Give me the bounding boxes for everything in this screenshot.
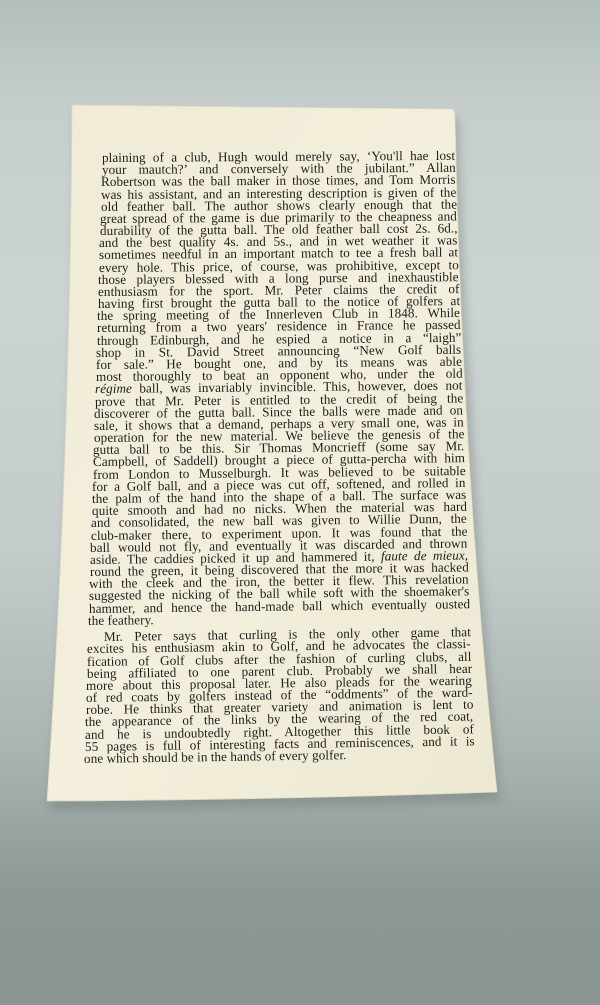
article-text: plaining of a club, Hugh would merely sa…	[0, 0, 600, 1005]
text-line: one which should be in the hands of ever…	[84, 746, 475, 766]
